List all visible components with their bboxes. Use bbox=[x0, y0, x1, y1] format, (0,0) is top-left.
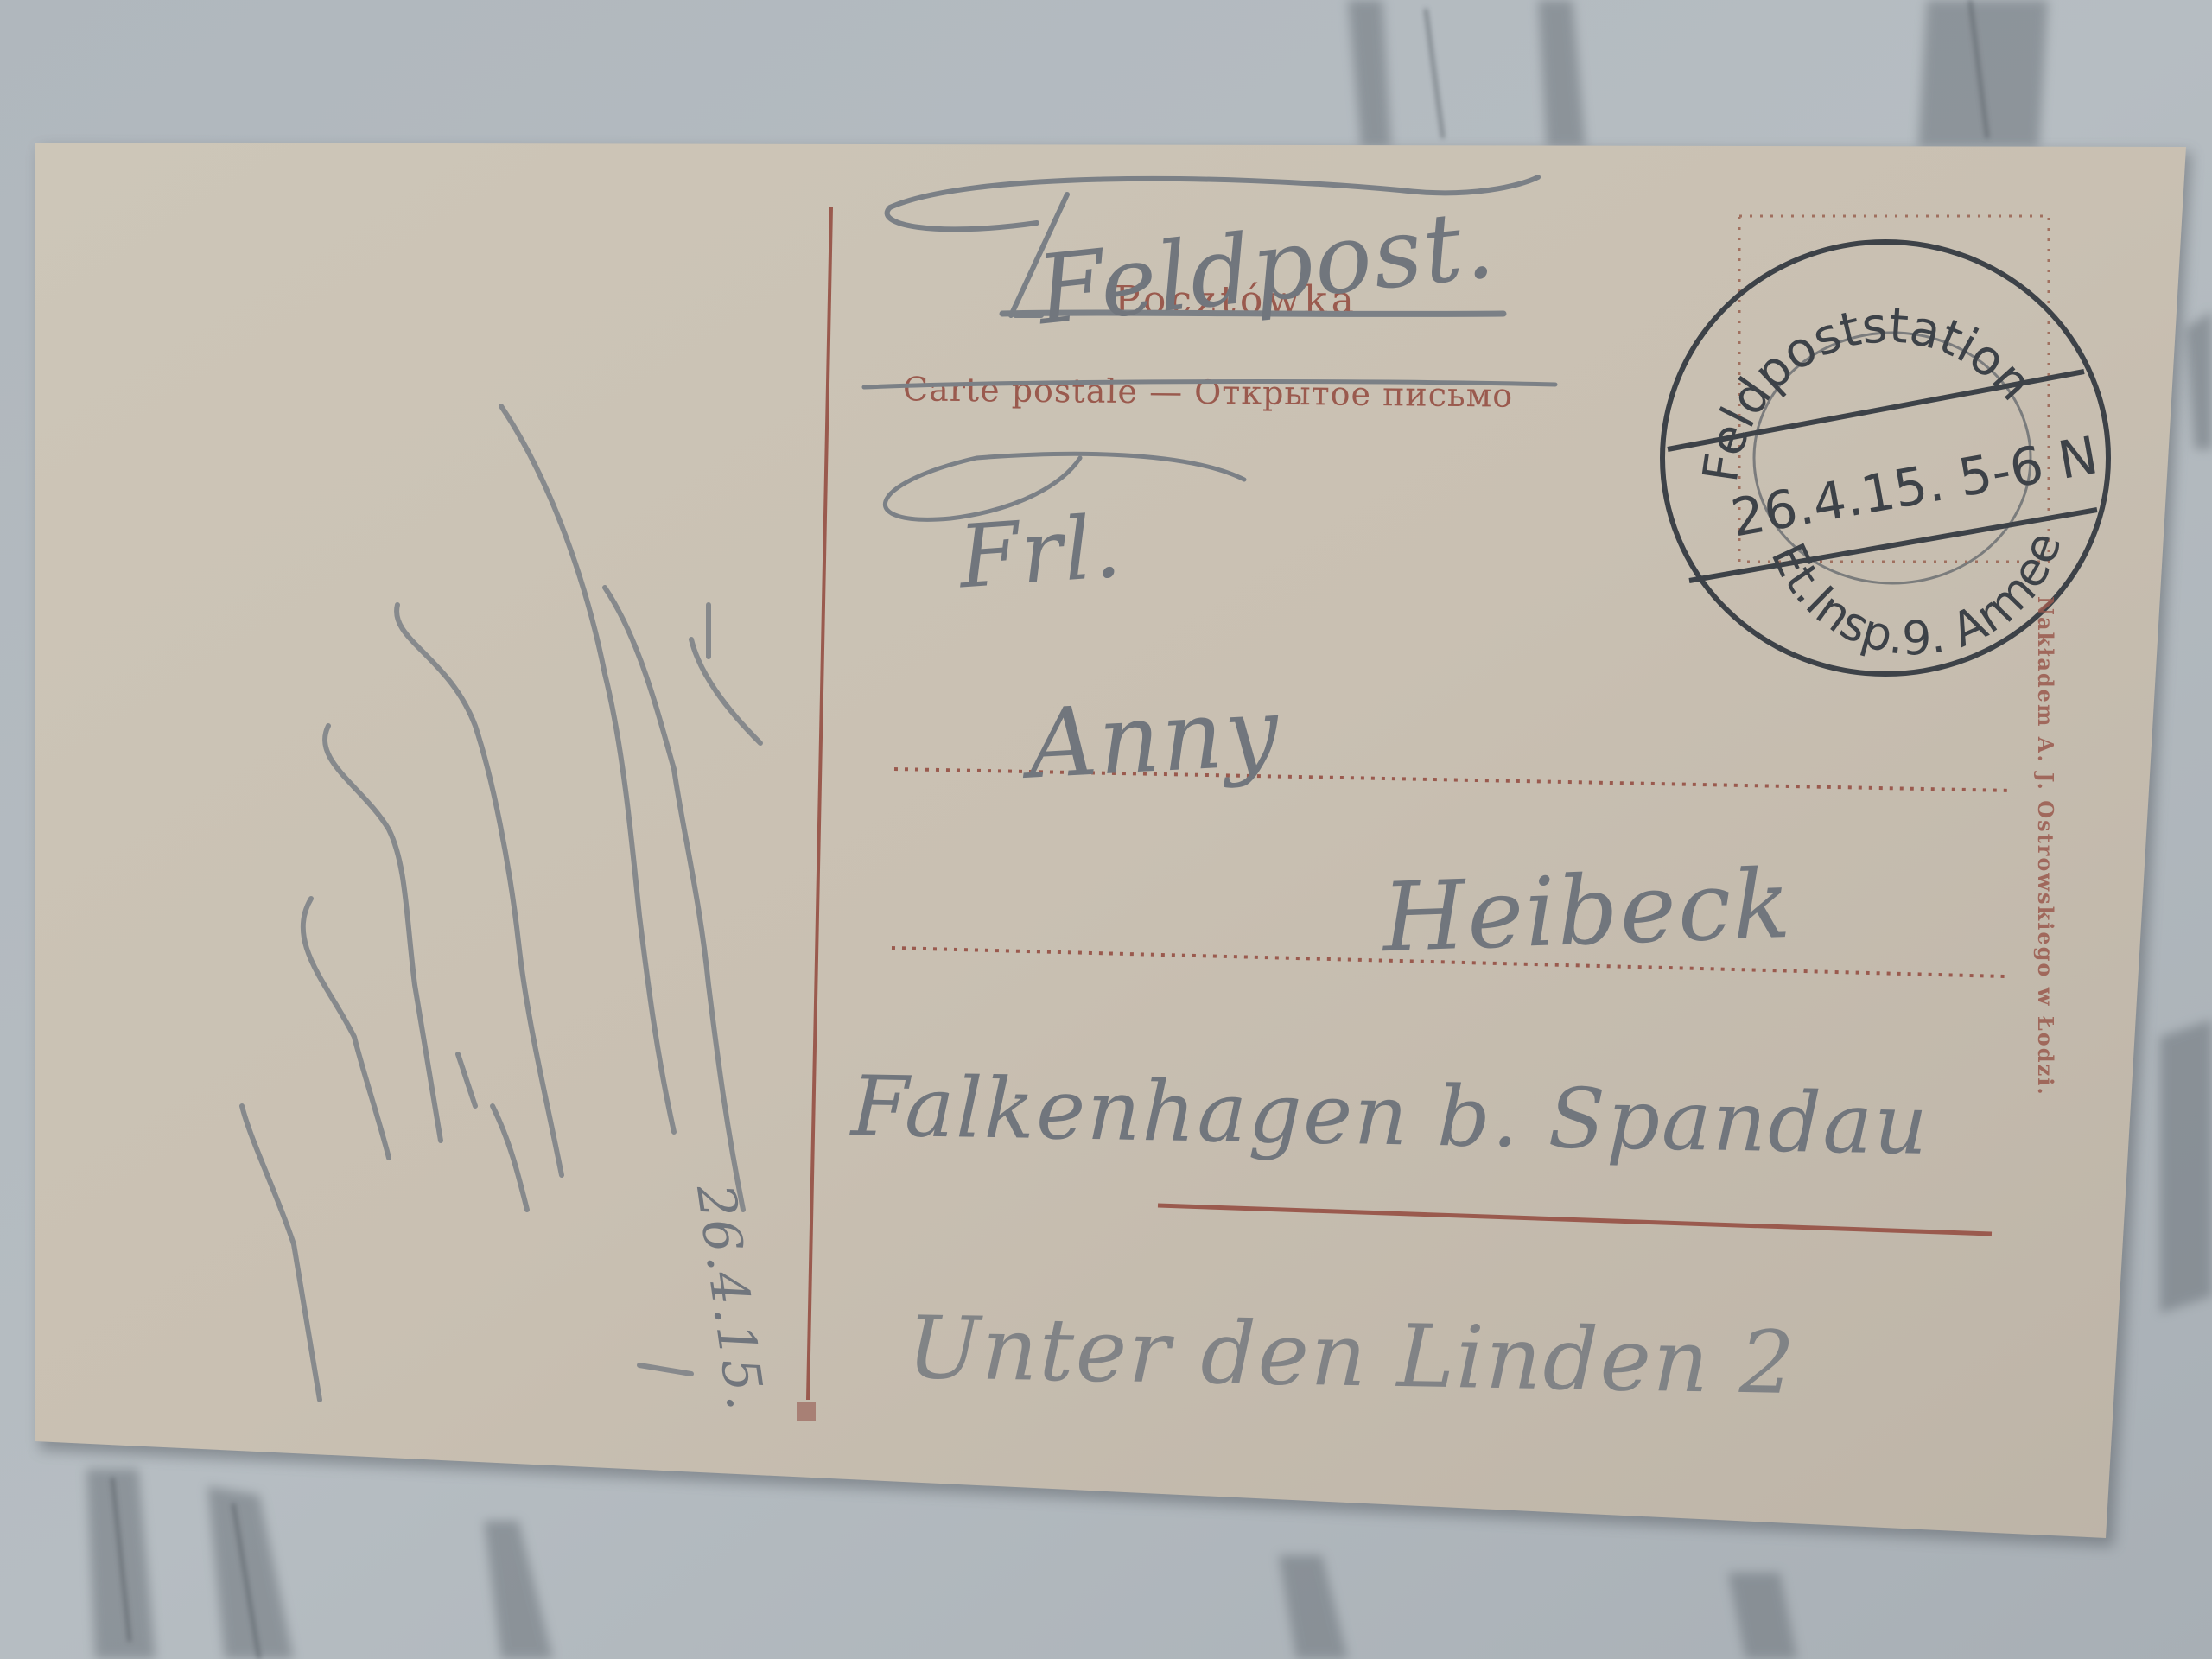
postmark-date: 26.4.15. 5-6 N bbox=[1726, 425, 2102, 549]
message-handwriting bbox=[104, 380, 812, 1452]
address-first-name: Anny bbox=[1026, 676, 1283, 799]
message-area: 26.4.15. bbox=[104, 380, 812, 1452]
postmark-bottom-arc: Et.Insp.9. Armee bbox=[1760, 525, 2072, 666]
publisher-imprint: Nakładem A. J. Ostrowskiego w Łodzi. bbox=[2033, 596, 2058, 1096]
address-salutation: Frl. bbox=[956, 496, 1126, 608]
photo-scene: Pocztówka Carte postale — Открытое письм… bbox=[0, 0, 2212, 1659]
address-town: Falkenhagen b. Spandau bbox=[850, 1058, 1930, 1173]
address-street: Unter den Linden 2 bbox=[906, 1297, 1797, 1414]
address-surname: Heibeck bbox=[1381, 849, 1794, 973]
